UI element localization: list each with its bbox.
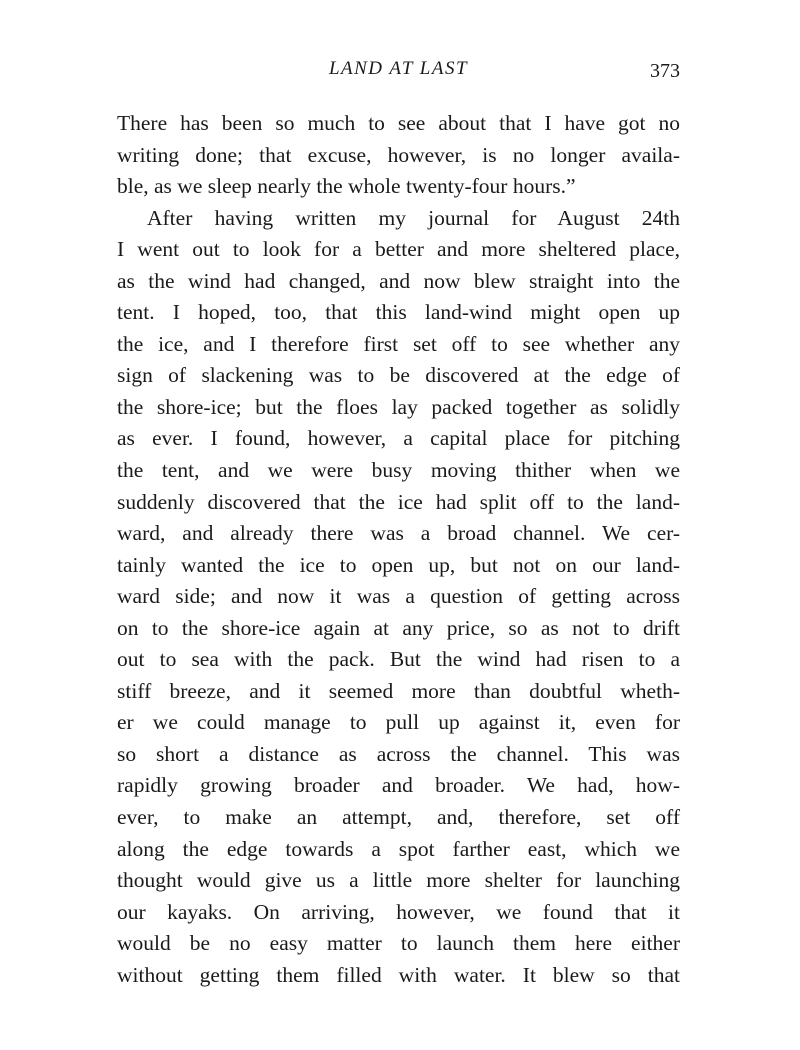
text-line: ble, as we sleep nearly the whole twenty… <box>117 171 680 203</box>
text-line: ward, and already there was a broad chan… <box>117 518 680 550</box>
text-line: would be no easy matter to launch them h… <box>117 928 680 960</box>
text-line: as ever. I found, however, a capital pla… <box>117 423 680 455</box>
text-line: without getting them filled with water. … <box>117 960 680 992</box>
text-line: rapidly growing broader and broader. We … <box>117 770 680 802</box>
text-line: writing done; that excuse, however, is n… <box>117 140 680 172</box>
text-line: the tent, and we were busy moving thithe… <box>117 455 680 487</box>
paragraph-1: There has been so much to see about that… <box>117 108 680 203</box>
text-line: the ice, and I therefore first set off t… <box>117 329 680 361</box>
book-page: LAND AT LAST 373 There has been so much … <box>0 0 800 1050</box>
text-line: as the wind had changed, and now blew st… <box>117 266 680 298</box>
text-line: on to the shore-ice again at any price, … <box>117 613 680 645</box>
text-line: sign of slackening was to be discovered … <box>117 360 680 392</box>
chapter-running-title: LAND AT LAST <box>117 58 680 80</box>
text-line: ever, to make an attempt, and, therefore… <box>117 802 680 834</box>
text-line: the shore-ice; but the floes lay packed … <box>117 392 680 424</box>
text-line: stiff breeze, and it seemed more than do… <box>117 676 680 708</box>
paragraph-2: After having written my journal for Augu… <box>117 203 680 992</box>
running-head: LAND AT LAST 373 <box>117 58 680 84</box>
text-line: ward side; and now it was a question of … <box>117 581 680 613</box>
text-line: suddenly discovered that the ice had spl… <box>117 487 680 519</box>
body-text: There has been so much to see about that… <box>117 108 680 991</box>
text-line: our kayaks. On arriving, however, we fou… <box>117 897 680 929</box>
text-line: thought would give us a little more shel… <box>117 865 680 897</box>
text-line: I went out to look for a better and more… <box>117 234 680 266</box>
text-line: along the edge towards a spot farther ea… <box>117 834 680 866</box>
text-line: so short a distance as across the channe… <box>117 739 680 771</box>
text-line: er we could manage to pull up against it… <box>117 707 680 739</box>
text-line: tent. I hoped, too, that this land-wind … <box>117 297 680 329</box>
page-number: 373 <box>650 60 680 83</box>
text-line: There has been so much to see about that… <box>117 108 680 140</box>
text-line: out to sea with the pack. But the wind h… <box>117 644 680 676</box>
text-line: After having written my journal for Augu… <box>117 203 680 235</box>
text-line: tainly wanted the ice to open up, but no… <box>117 550 680 582</box>
